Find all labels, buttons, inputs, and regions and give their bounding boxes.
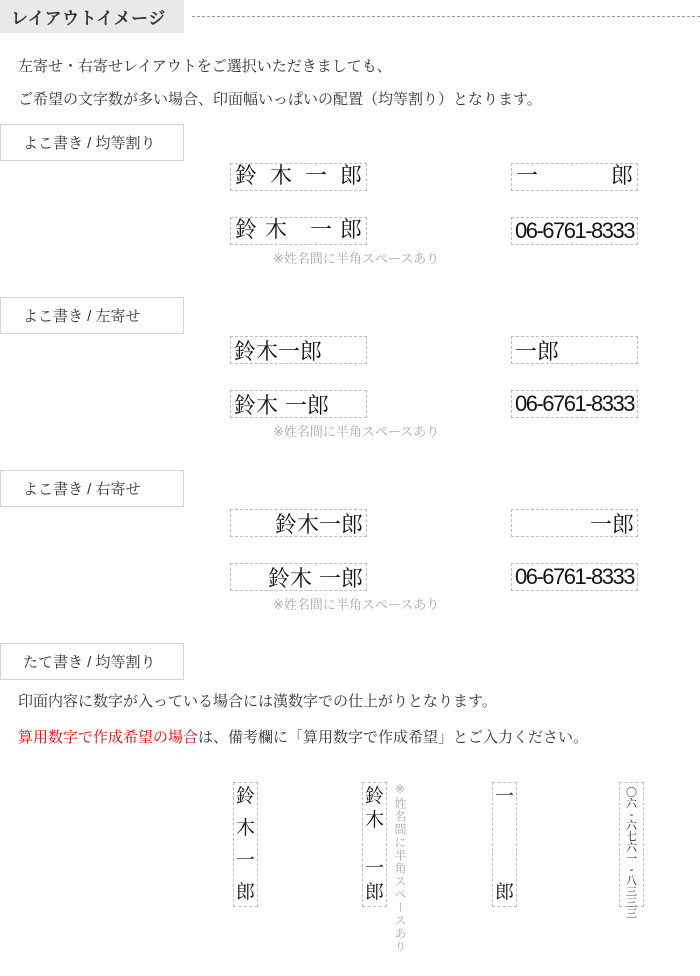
section-label-tate-kintou: たて書き / 均等割り xyxy=(0,643,184,680)
stamp-sample-name-full-left: 鈴木一郎 xyxy=(230,336,367,364)
intro-paragraph: 左寄せ・右寄せレイアウトをご選択いただきましても、 ご希望の文字数が多い場合、印… xyxy=(18,50,542,116)
stamp-sample-phone: 06-6761-8333 xyxy=(511,563,638,591)
half-space-note: ※姓名間に半角スペースあり xyxy=(273,594,439,613)
section-label-yoko-kintou: よこ書き / 均等割り xyxy=(0,124,184,161)
half-space-note: ※姓名間に半角スペースあり xyxy=(273,421,439,440)
kanji-number-line-1: 印面内容に数字が入っている場合には漢数字での仕上がりとなります。 xyxy=(18,684,588,720)
kanji-number-line-2-rest: は、備考欄に「算用数字で作成希望」とご入力ください。 xyxy=(198,729,588,746)
stamp-sample-phone: 06-6761-8333 xyxy=(511,217,638,245)
intro-line-1: 左寄せ・右寄せレイアウトをご選択いただきましても、 xyxy=(18,50,542,83)
stamp-sample-phone: 06-6761-8333 xyxy=(511,390,638,418)
vertical-stamp-phone-kanji: 〇六-六七六一-八三三三 xyxy=(619,782,644,907)
vertical-stamp-given-name: 一郎 xyxy=(492,782,517,907)
stamp-sample-name-spaced-left: 鈴木 一郎 xyxy=(230,390,367,418)
section-label-yoko-migi: よこ書き / 右寄せ xyxy=(0,470,184,507)
stamp-sample-given-name-left: 一郎 xyxy=(511,336,638,364)
header-dashed-divider xyxy=(192,16,700,17)
half-space-note: ※姓名間に半角スペースあり xyxy=(273,248,439,267)
stamp-sample-name-spaced-right: 鈴木 一郎 xyxy=(230,563,367,591)
page-title: レイアウトイメージ xyxy=(0,0,184,33)
vertical-stamp-name-spaced: 鈴木 一郎 xyxy=(362,782,387,907)
vertical-stamp-name-full: 鈴木一郎 xyxy=(233,782,258,907)
emphasis-red-text: 算用数字で作成希望の場合 xyxy=(18,729,198,746)
stamp-sample-given-name-justified: 一郎 xyxy=(511,163,638,191)
intro-line-2: ご希望の文字数が多い場合、印面幅いっぱいの配置（均等割り）となります。 xyxy=(18,83,542,116)
stamp-sample-name-full-right: 鈴木一郎 xyxy=(230,509,367,537)
stamp-sample-name-full-justified: 鈴木一郎 xyxy=(230,163,367,191)
section-label-yoko-hidari: よこ書き / 左寄せ xyxy=(0,297,184,334)
kanji-number-paragraph: 印面内容に数字が入っている場合には漢数字での仕上がりとなります。 算用数字で作成… xyxy=(18,684,588,756)
kanji-number-line-2: 算用数字で作成希望の場合は、備考欄に「算用数字で作成希望」とご入力ください。 xyxy=(18,720,588,756)
half-space-note-vertical: ※姓名間に半角スペースあり xyxy=(392,782,409,962)
stamp-sample-name-spaced-justified: 鈴木 一郎 xyxy=(230,217,367,245)
stamp-sample-given-name-right: 一郎 xyxy=(511,509,638,537)
